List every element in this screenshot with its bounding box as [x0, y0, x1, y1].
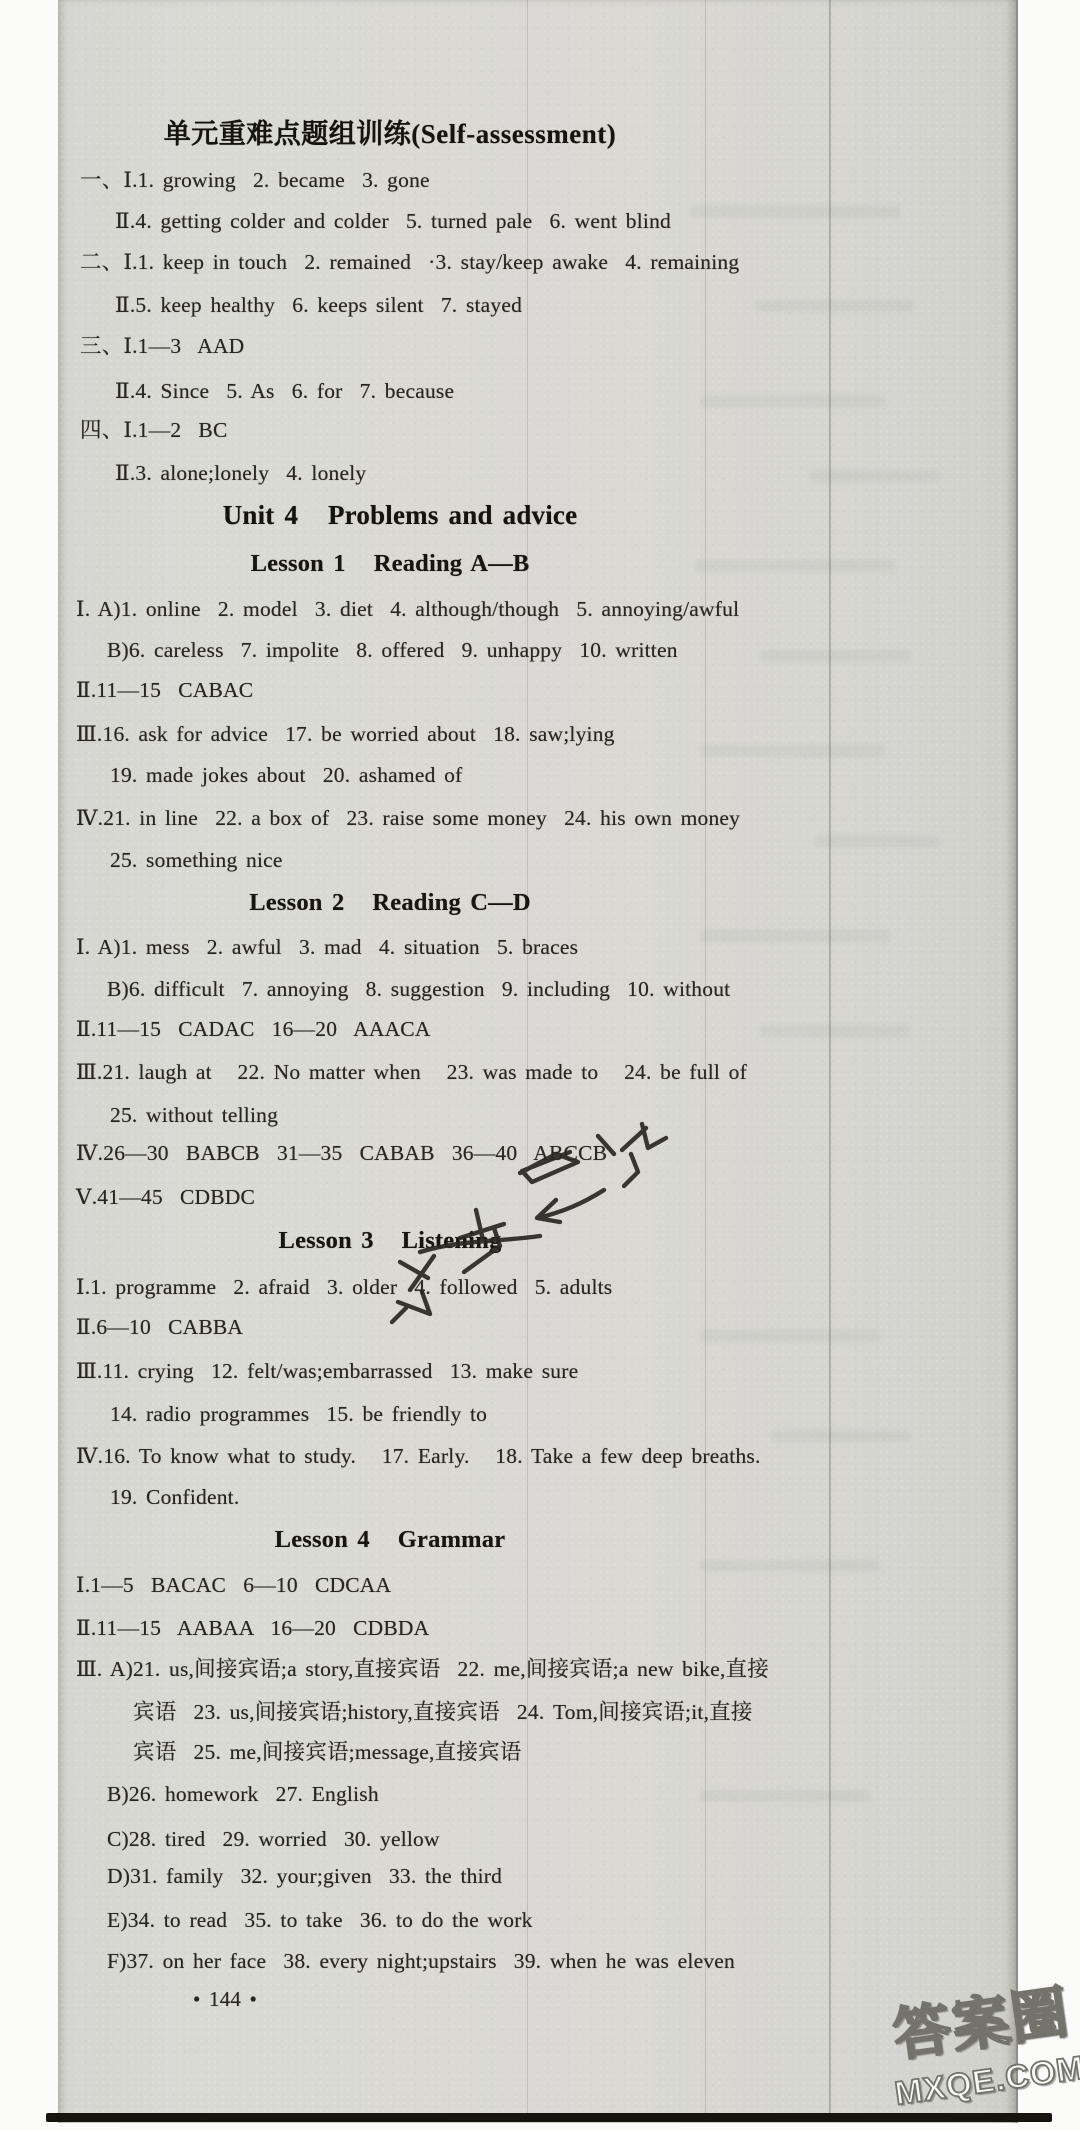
answer-line: 25. something nice [110, 847, 283, 873]
ghost-bleed [700, 1790, 870, 1802]
answer-line: 25. without telling [110, 1102, 278, 1128]
lesson-heading: Lesson 4 Grammar [0, 1527, 780, 1553]
ghost-bleed [760, 1025, 910, 1037]
answer-line: Ⅱ.4. Since 5. As 6. for 7. because [115, 378, 454, 404]
answer-line: 19. made jokes about 20. ashamed of [110, 762, 462, 788]
ghost-bleed [815, 835, 940, 847]
answer-line: Ⅱ.5. keep healthy 6. keeps silent 7. sta… [115, 292, 522, 318]
ghost-bleed [770, 1430, 910, 1442]
answer-line: 二、Ⅰ.1. keep in touch 2. remained ·3. sta… [80, 249, 739, 275]
answer-line: 宾语 25. me,间接宾语;message,直接宾语 [133, 1739, 521, 1765]
answer-line: C)28. tired 29. worried 30. yellow [107, 1826, 440, 1852]
answer-line: B)6. difficult 7. annoying 8. suggestion… [107, 976, 730, 1002]
answer-line: 19. Confident. [110, 1484, 239, 1510]
answer-line: Ⅲ.21. laugh at 22. No matter when 23. wa… [76, 1059, 747, 1085]
answer-line: E)34. to read 35. to take 36. to do the … [107, 1907, 533, 1933]
answer-line: Ⅰ. A)1. online 2. model 3. diet 4. altho… [76, 596, 739, 622]
answer-line: 14. radio programmes 15. be friendly to [110, 1401, 487, 1427]
answer-line: Ⅱ.11—15 CABAC [76, 677, 253, 703]
ghost-bleed [700, 1560, 880, 1572]
scan-line [527, 0, 528, 2113]
answer-line: D)31. family 32. your;given 33. the thir… [107, 1863, 502, 1889]
answer-line: Ⅳ.21. in line 22. a box of 23. raise som… [76, 805, 740, 831]
answer-line: 一、Ⅰ.1. growing 2. became 3. gone [80, 167, 430, 193]
answer-line: 四、Ⅰ.1—2 BC [80, 417, 228, 443]
answer-line: Ⅲ.11. crying 12. felt/was;embarrassed 13… [76, 1358, 578, 1384]
answer-line: Ⅲ.16. ask for advice 17. be worried abou… [76, 721, 615, 747]
bottom-scan-bar [46, 2113, 1052, 2122]
answer-line: Ⅰ. A)1. mess 2. awful 3. mad 4. situatio… [76, 934, 578, 960]
ghost-bleed [700, 395, 885, 407]
answer-line: B)6. careless 7. impolite 8. offered 9. … [107, 637, 678, 663]
ghost-bleed [700, 930, 890, 942]
lesson-heading: Lesson 2 Reading C—D [0, 890, 780, 916]
ghost-bleed [760, 650, 910, 662]
ghost-bleed [755, 300, 915, 312]
answer-line: Ⅴ.41—45 CDBDC [76, 1184, 255, 1210]
answer-line: B)26. homework 27. English [107, 1781, 379, 1807]
scan-line [829, 0, 831, 2113]
ghost-bleed [690, 205, 900, 218]
answer-line: 三、Ⅰ.1—3 AAD [80, 333, 244, 359]
answer-line: Ⅱ.3. alone;lonely 4. lonely [115, 460, 366, 486]
answer-line: Ⅱ.4. getting colder and colder 5. turned… [115, 208, 671, 234]
answer-line: Ⅲ. A)21. us,间接宾语;a story,直接宾语 22. me,间接宾… [76, 1656, 769, 1682]
ghost-bleed [700, 745, 885, 757]
scan-line [705, 0, 706, 2113]
answer-line: Ⅱ.6—10 CABBA [76, 1314, 243, 1340]
page-number: • 144 • [193, 1986, 257, 2012]
answer-line: Ⅰ.1—5 BACAC 6—10 CDCAA [76, 1572, 391, 1598]
answer-line: Ⅱ.11—15 AABAA 16—20 CDBDA [76, 1615, 429, 1641]
page-title: 单元重难点题组训练(Self-assessment) [0, 121, 780, 147]
handwriting-scribble [380, 1110, 820, 1345]
answer-line: 宾语 23. us,间接宾语;history,直接宾语 24. Tom,间接宾语… [133, 1699, 753, 1725]
answer-line: F)37. on her face 38. every night;upstai… [107, 1948, 735, 1974]
unit-heading: Unit 4 Problems and advice [0, 502, 800, 528]
answer-line: Ⅳ.16. To know what to study. 17. Early. … [76, 1443, 761, 1469]
answer-line: Ⅱ.11—15 CADAC 16—20 AAACA [76, 1016, 431, 1042]
lesson-heading: Lesson 1 Reading A—B [0, 551, 780, 577]
